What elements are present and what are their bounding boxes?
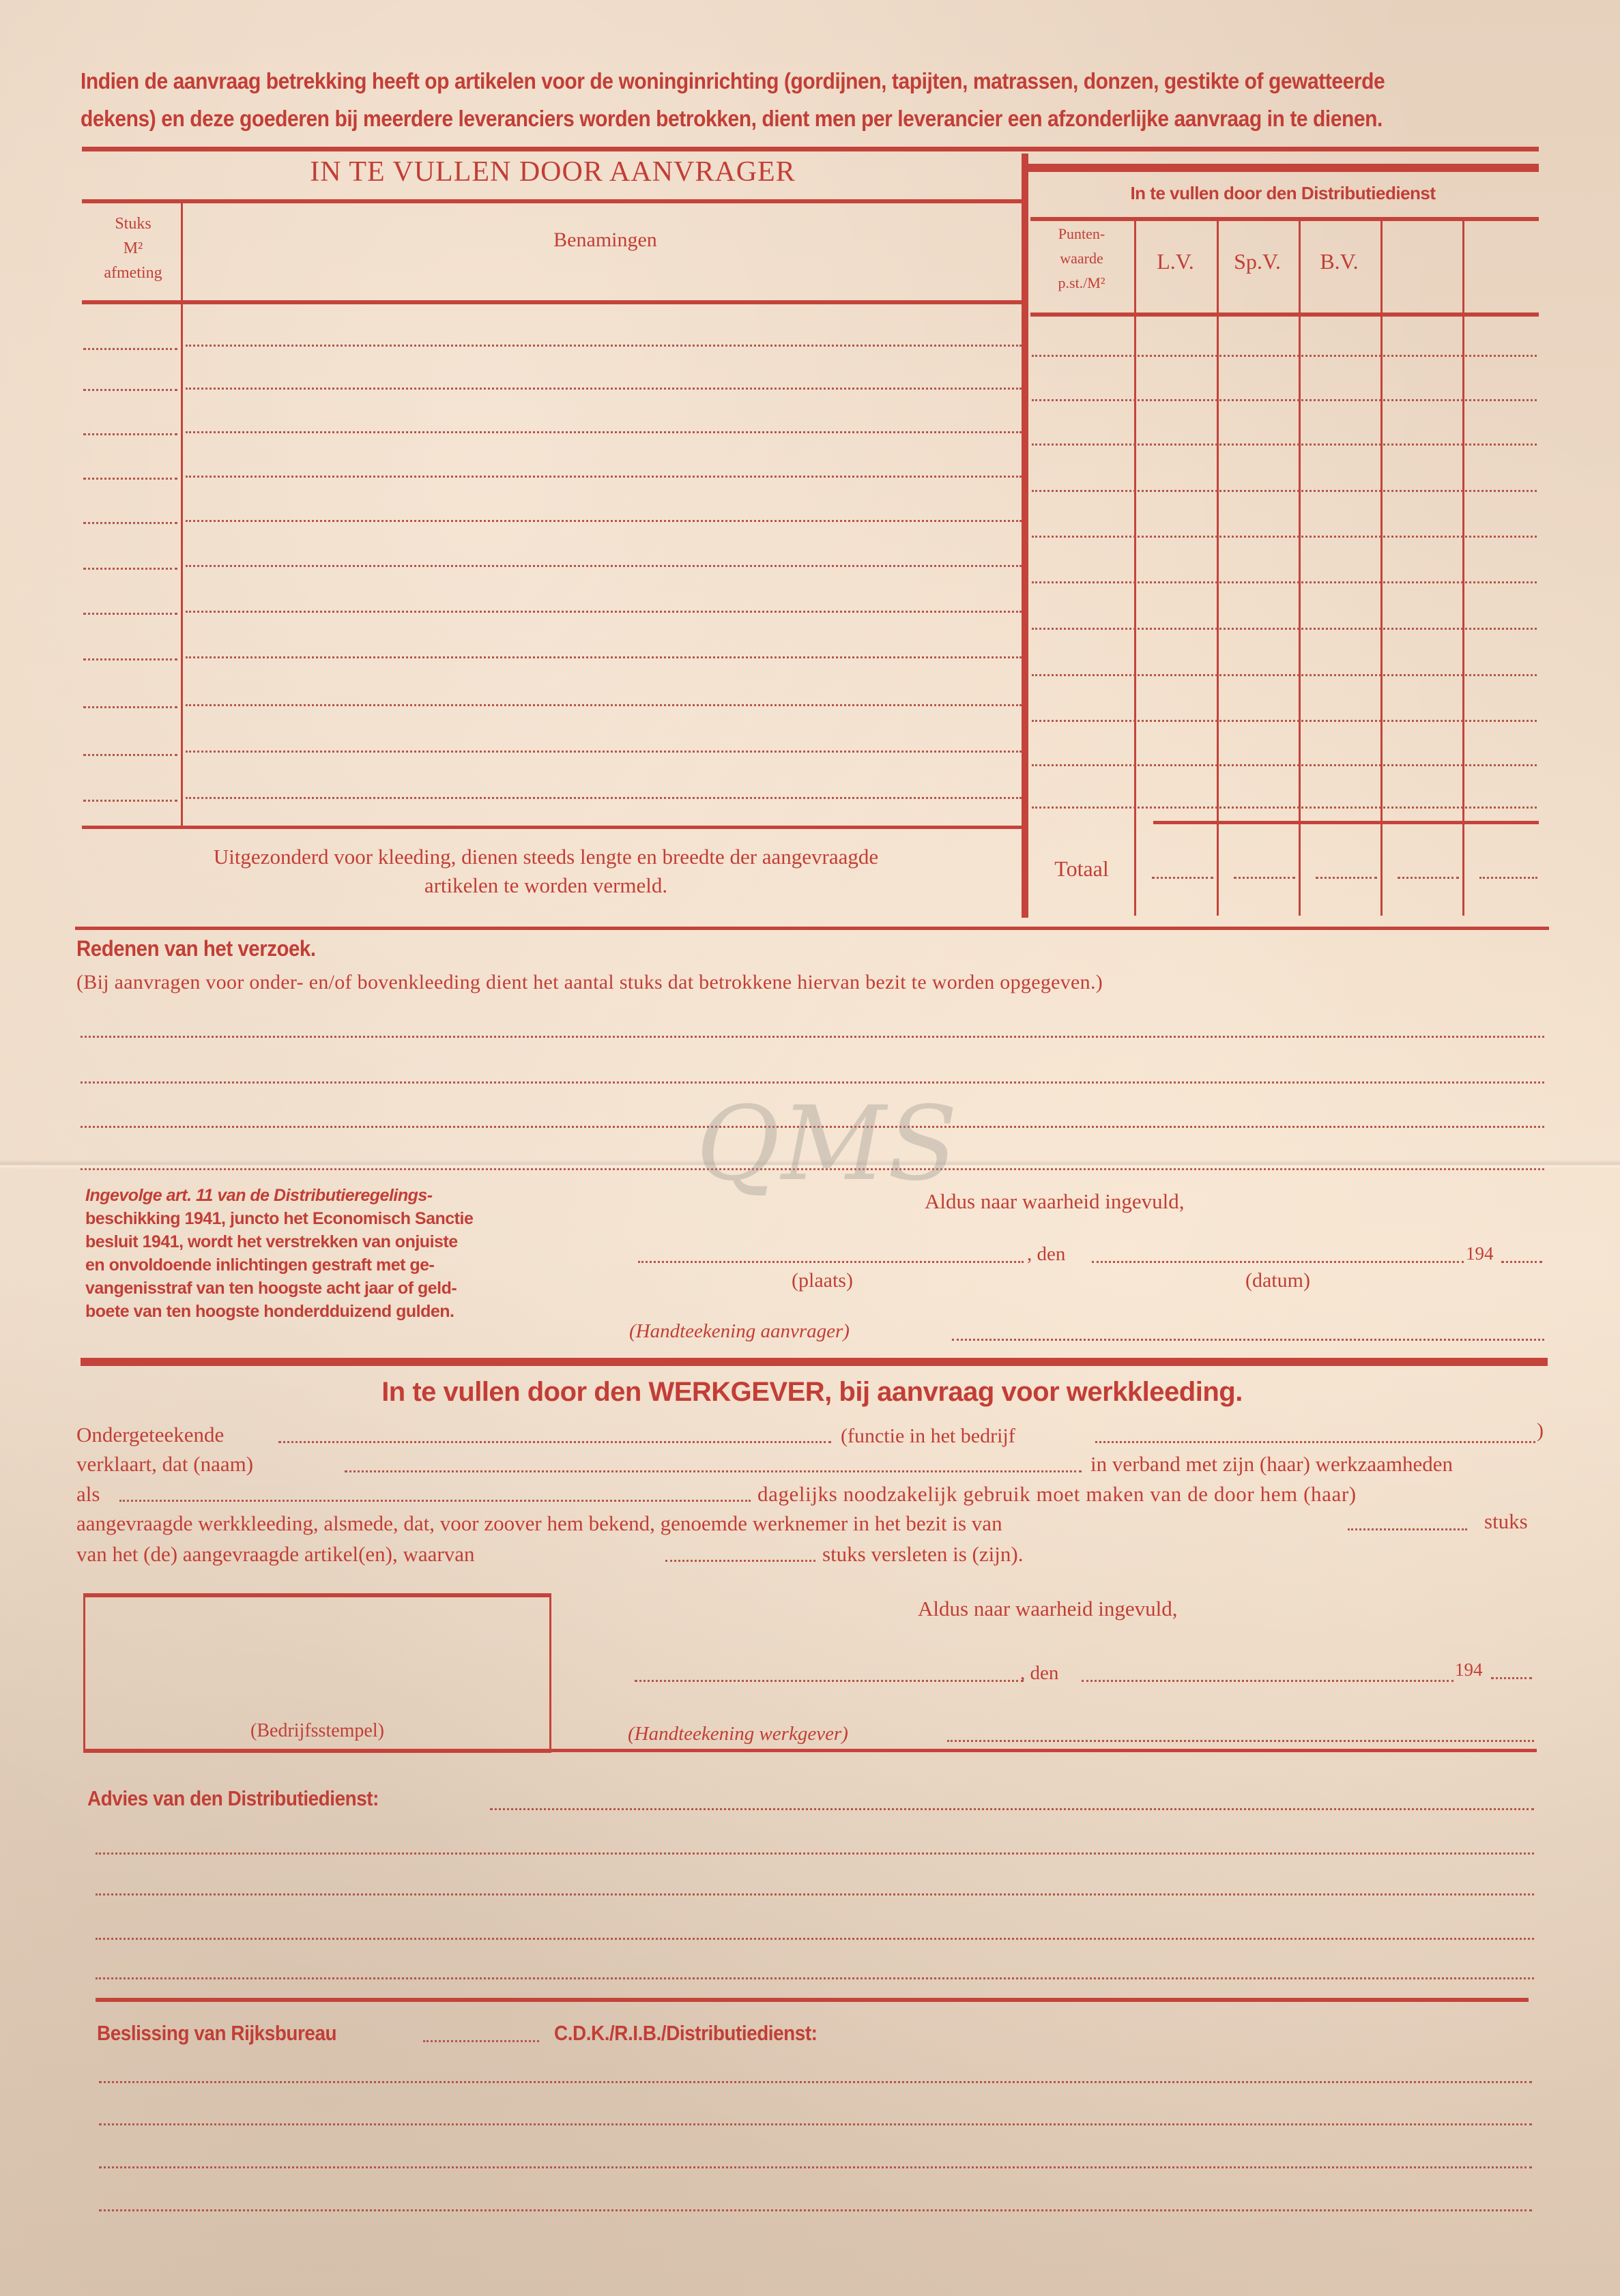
total-bv-field[interactable] bbox=[1316, 877, 1377, 879]
column-divider-lv bbox=[1217, 220, 1219, 916]
quantity-column-header: Stuks M² afmeting bbox=[82, 212, 184, 285]
function-field[interactable] bbox=[1095, 1441, 1535, 1443]
points-row-line[interactable] bbox=[1032, 536, 1537, 538]
row-line-qty[interactable] bbox=[83, 433, 177, 435]
row-line-qty[interactable] bbox=[83, 800, 177, 802]
row-line-desc[interactable] bbox=[186, 431, 1022, 433]
applicant-signature-caption: (Handteekening aanvrager) bbox=[629, 1320, 850, 1343]
row-line-desc[interactable] bbox=[186, 388, 1022, 390]
stamp-caption: (Bedrijfsstempel) bbox=[85, 1720, 549, 1742]
legal-notice: Ingevolge art. 11 van de Distributierege… bbox=[85, 1184, 577, 1323]
intro-notice-line1: Indien de aanvraag betrekking heeft op a… bbox=[81, 68, 1385, 94]
points-header-line3: p.st./M² bbox=[1030, 271, 1133, 295]
reasons-line-2[interactable] bbox=[81, 1081, 1544, 1084]
advice-line-1[interactable] bbox=[490, 1808, 1534, 1810]
quantity-column-divider bbox=[181, 199, 183, 827]
row-line-desc[interactable] bbox=[186, 704, 1022, 706]
decision-line-4[interactable] bbox=[99, 2209, 1532, 2211]
decision-line-2[interactable] bbox=[99, 2123, 1532, 2125]
place-caption: (plaats) bbox=[792, 1269, 853, 1292]
total-extra1-field[interactable] bbox=[1398, 877, 1459, 879]
applicant-footnote: Uitgezonderd voor kleeding, dienen steed… bbox=[68, 843, 1024, 900]
points-row-line[interactable] bbox=[1032, 628, 1537, 630]
distribution-section-title: In te vullen door den Distributiedienst bbox=[1030, 183, 1535, 204]
employer-line5-text: van het (de) aangevraagde artikel(en), w… bbox=[76, 1542, 475, 1567]
row-line-qty[interactable] bbox=[83, 706, 177, 708]
row-line-qty[interactable] bbox=[83, 348, 177, 350]
applicant-column-header-bottom bbox=[82, 300, 1027, 304]
applicant-den-label: , den bbox=[1027, 1243, 1065, 1266]
legal-notice-line6: boete van ten hoogste honderdduizend gul… bbox=[85, 1300, 577, 1323]
legal-notice-line5: vangenisstraf van ten hoogste acht jaar … bbox=[85, 1277, 577, 1300]
employer-place-field[interactable] bbox=[635, 1680, 1024, 1682]
points-row-line[interactable] bbox=[1032, 355, 1537, 357]
points-row-line[interactable] bbox=[1032, 490, 1537, 492]
row-line-qty[interactable] bbox=[83, 613, 177, 615]
points-row-line[interactable] bbox=[1032, 444, 1537, 446]
employer-line3-end: dagelijks noodzakelijk gebruik moet make… bbox=[757, 1482, 1357, 1507]
employer-line1-mid: (functie in het bedrijf bbox=[841, 1425, 1015, 1448]
applicant-rows-bottom bbox=[82, 826, 1027, 829]
row-line-qty[interactable] bbox=[83, 754, 177, 756]
advice-title: Advies van den Distributiedienst: bbox=[87, 1786, 379, 1811]
employer-truthful-label: Aldus naar waarheid ingevuld, bbox=[918, 1597, 1178, 1621]
column-divider-bv bbox=[1380, 220, 1383, 916]
points-row-line[interactable] bbox=[1032, 720, 1537, 722]
employer-line4-end: stuks bbox=[1484, 1509, 1528, 1534]
description-column-header: Benamingen bbox=[186, 229, 1025, 252]
quantity-header-line1: Stuks bbox=[82, 212, 184, 236]
decision-line-3[interactable] bbox=[99, 2166, 1532, 2168]
total-spv-field[interactable] bbox=[1234, 877, 1295, 879]
row-line-qty[interactable] bbox=[83, 568, 177, 570]
company-stamp-box[interactable]: (Bedrijfsstempel) bbox=[83, 1593, 551, 1753]
applicant-year-prefix: 194 bbox=[1466, 1243, 1494, 1264]
row-line-desc[interactable] bbox=[186, 797, 1022, 799]
applicant-footnote-line1: Uitgezonderd voor kleeding, dienen steed… bbox=[68, 843, 1024, 871]
reasons-title: Redenen van het verzoek. bbox=[76, 936, 316, 961]
points-row-line[interactable] bbox=[1032, 399, 1537, 401]
applicant-year-field[interactable] bbox=[1501, 1261, 1542, 1263]
employer-line4-text: aangevraagde werkkleeding, alsmede, dat,… bbox=[76, 1511, 1002, 1536]
employer-line1-label: Ondergeteekende bbox=[76, 1423, 224, 1447]
column-divider-spv bbox=[1299, 220, 1301, 916]
points-row-line[interactable] bbox=[1032, 581, 1537, 583]
distribution-total-top bbox=[1153, 821, 1539, 824]
legal-notice-line3: besluit 1941, wordt het verstrekken van … bbox=[85, 1230, 577, 1253]
distribution-top-border bbox=[1027, 164, 1539, 172]
decision-title: Beslissing van Rijksbureau bbox=[97, 2021, 336, 2046]
row-line-desc[interactable] bbox=[186, 476, 1022, 478]
row-line-desc[interactable] bbox=[186, 611, 1022, 613]
decision-top-border bbox=[96, 1998, 1529, 2002]
reasons-line-1[interactable] bbox=[81, 1036, 1544, 1038]
employer-date-field[interactable] bbox=[1082, 1680, 1453, 1682]
legal-notice-line2: beschikking 1941, juncto het Economisch … bbox=[85, 1207, 577, 1230]
applicant-date-field[interactable] bbox=[1092, 1261, 1464, 1263]
row-line-qty[interactable] bbox=[83, 522, 177, 524]
employer-section-title: In te vullen door den WERKGEVER, bij aan… bbox=[75, 1377, 1549, 1408]
date-caption: (datum) bbox=[1245, 1269, 1310, 1292]
employer-signature-caption: (Handteekening werkgever) bbox=[628, 1723, 848, 1745]
quantity-header-line2: M² bbox=[82, 236, 184, 261]
employer-line2-label: verklaart, dat (naam) bbox=[76, 1452, 253, 1477]
employer-den-label: , den bbox=[1020, 1662, 1058, 1685]
applicant-place-field[interactable] bbox=[638, 1261, 1024, 1263]
section-divider bbox=[1022, 154, 1028, 918]
advice-line-4[interactable] bbox=[96, 1938, 1534, 1940]
advice-line-2[interactable] bbox=[96, 1852, 1534, 1855]
decision-title-suffix: C.D.K./R.I.B./Distributiedienst: bbox=[554, 2021, 818, 2046]
decision-inline-field[interactable] bbox=[423, 2040, 539, 2042]
points-row-line[interactable] bbox=[1032, 674, 1537, 676]
points-row-line[interactable] bbox=[1032, 806, 1537, 809]
occupation-field[interactable] bbox=[119, 1500, 751, 1502]
quantity-header-line3: afmeting bbox=[82, 261, 184, 285]
spv-column-header: Sp.V. bbox=[1218, 249, 1297, 274]
employer-line1-end: ) bbox=[1537, 1419, 1544, 1442]
reasons-instruction: (Bij aanvragen voor onder- en/of bovenkl… bbox=[76, 971, 1103, 994]
applicant-truthful-label: Aldus naar waarheid ingevuld, bbox=[925, 1189, 1185, 1214]
employee-name-field[interactable] bbox=[345, 1470, 1082, 1472]
employer-section-top-border bbox=[81, 1358, 1548, 1366]
column-divider-extra bbox=[1462, 220, 1464, 916]
points-header-line2: waarde bbox=[1030, 246, 1133, 271]
legal-notice-line1: Ingevolge art. 11 van de Distributierege… bbox=[85, 1184, 577, 1207]
lv-column-header: L.V. bbox=[1136, 249, 1215, 274]
row-line-desc[interactable] bbox=[186, 565, 1022, 567]
undersigned-name-field[interactable] bbox=[278, 1441, 831, 1443]
watermark: QMS bbox=[696, 1085, 959, 1204]
points-header-line1: Punten- bbox=[1030, 222, 1133, 246]
column-divider-points bbox=[1134, 220, 1136, 916]
employer-line3-label: als bbox=[76, 1482, 100, 1507]
row-line-desc[interactable] bbox=[186, 751, 1022, 753]
row-line-qty[interactable] bbox=[83, 478, 177, 480]
items-owned-field[interactable] bbox=[1348, 1528, 1467, 1530]
employer-year-field[interactable] bbox=[1491, 1677, 1532, 1679]
employer-year-prefix: 194 bbox=[1455, 1659, 1483, 1681]
items-worn-field[interactable] bbox=[665, 1560, 815, 1562]
points-row-line[interactable] bbox=[1032, 764, 1537, 766]
row-line-desc[interactable] bbox=[186, 656, 1022, 658]
employer-line2-end: in verband met zijn (haar) werkzaamheden bbox=[1090, 1452, 1453, 1477]
table-top-border bbox=[82, 147, 1539, 151]
total-label: Totaal bbox=[1030, 856, 1133, 882]
advice-line-5[interactable] bbox=[96, 1977, 1534, 1979]
row-line-qty[interactable] bbox=[83, 658, 177, 660]
row-line-qty[interactable] bbox=[83, 389, 177, 391]
decision-line-1[interactable] bbox=[99, 2081, 1532, 2083]
applicant-signature-field[interactable] bbox=[952, 1339, 1544, 1341]
advice-top-border bbox=[83, 1749, 1537, 1752]
applicant-header-divider bbox=[82, 199, 1027, 203]
applicant-footnote-line2: artikelen te worden vermeld. bbox=[68, 871, 1024, 900]
total-extra2-field[interactable] bbox=[1479, 877, 1537, 879]
advice-line-3[interactable] bbox=[96, 1893, 1534, 1895]
points-column-header: Punten- waarde p.st./M² bbox=[1030, 222, 1133, 295]
intro-notice-line2: dekens) en deze goederen bij meerdere le… bbox=[81, 106, 1383, 132]
total-lv-field[interactable] bbox=[1152, 877, 1213, 879]
applicant-section-title: IN TE VULLEN DOOR AANVRAGER bbox=[82, 156, 1024, 188]
legal-notice-line4: en onvoldoende inlichtingen gestraft met… bbox=[85, 1253, 577, 1277]
table-bottom-border bbox=[75, 927, 1549, 930]
employer-signature-field[interactable] bbox=[947, 1740, 1534, 1742]
row-line-desc[interactable] bbox=[186, 345, 1022, 347]
bv-column-header: B.V. bbox=[1300, 249, 1378, 274]
row-line-desc[interactable] bbox=[186, 520, 1022, 522]
employer-line5-end: stuks versleten is (zijn). bbox=[822, 1542, 1023, 1567]
